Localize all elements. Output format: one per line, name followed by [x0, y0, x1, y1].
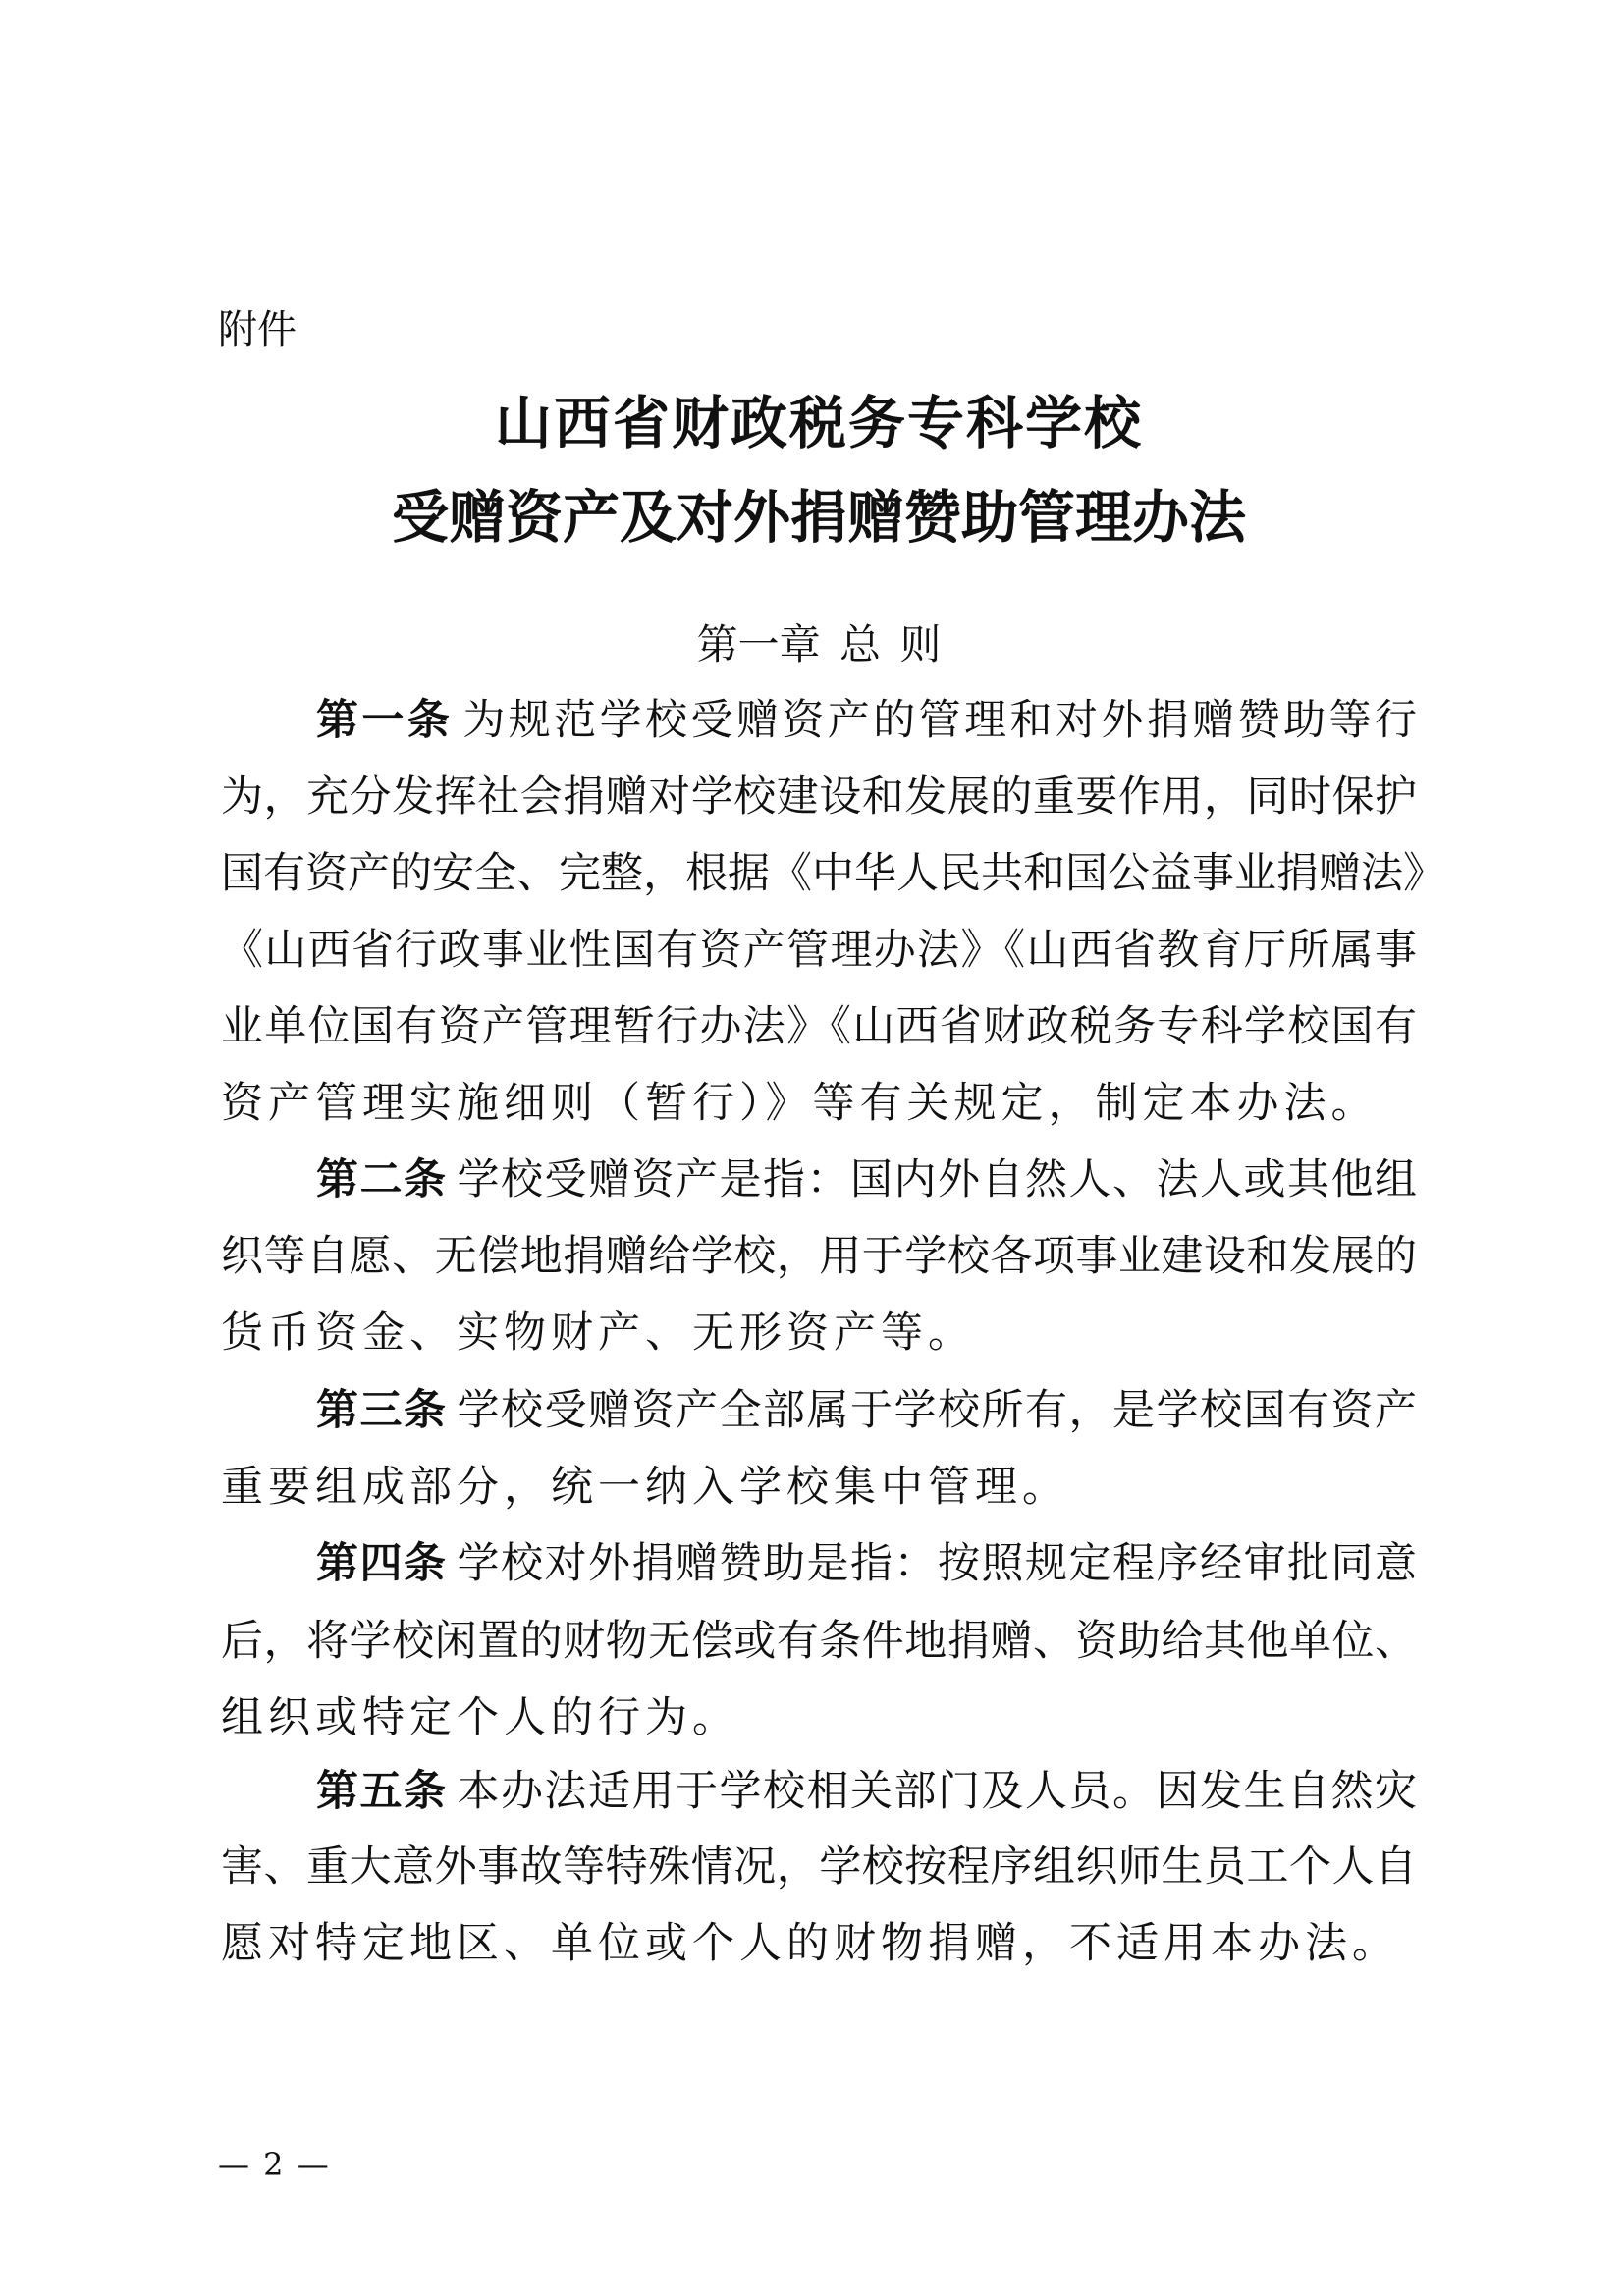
document-title-line-2: 受赠资产及对外捐赠赞助管理办法: [0, 483, 1624, 552]
article-text: 学校受赠资产是指：国内外自然人、法人或其他组: [458, 1155, 1418, 1204]
article-5-line-2: 害、重大意外事故等特殊情况，学校按程序组织师生员工个人自: [221, 1838, 1417, 1896]
article-text: 本办法适用于学校相关部门及人员。因发生自然灾: [458, 1767, 1418, 1816]
article-5-line-1: 第五条本办法适用于学校相关部门及人员。因发生自然灾: [316, 1762, 1417, 1821]
article-1-line-1: 第一条为规范学校受赠资产的管理和对外捐赠赞助等行: [316, 691, 1417, 750]
article-2-line-2: 织等自愿、无偿地捐赠给学校，用于学校各项事业建设和发展的: [221, 1227, 1417, 1286]
article-number: 第五条: [316, 1767, 448, 1816]
article-5-line-3: 愿对特定地区、单位或个人的财物捐赠，不适用本办法。: [221, 1914, 1417, 1973]
article-text: 为规范学校受赠资产的管理和对外捐赠赞助等行: [462, 696, 1417, 745]
document-title-line-1: 山西省财政税务专科学校: [0, 389, 1624, 457]
article-1-line-4: 《山西省行政事业性国有资产管理办法》《山西省教育厅所属事: [221, 921, 1417, 980]
page-number: — 2 —: [218, 2145, 331, 2184]
article-1-line-3: 国有资产的安全、完整，根据《中华人民共和国公益事业捐赠法》: [221, 844, 1417, 903]
article-2-line-3: 货币资金、实物财产、无形资产等。: [221, 1304, 1417, 1362]
article-number: 第一条: [316, 696, 453, 745]
article-number: 第四条: [316, 1539, 448, 1588]
attachment-label: 附件: [218, 306, 297, 353]
article-4-line-3: 组织或特定个人的行为。: [221, 1688, 1417, 1747]
article-1-line-2: 为，充分发挥社会捐赠对学校建设和发展的重要作用，同时保护: [221, 768, 1417, 827]
document-page: 附件 山西省财政税务专科学校 受赠资产及对外捐赠赞助管理办法 第一章 总 则 第…: [0, 0, 1624, 2296]
article-3-line-1: 第三条学校受赠资产全部属于学校所有，是学校国有资产: [316, 1381, 1417, 1440]
article-3-line-2: 重要组成部分，统一纳入学校集中管理。: [221, 1458, 1417, 1517]
article-2-line-1: 第二条学校受赠资产是指：国内外自然人、法人或其他组: [316, 1150, 1417, 1209]
article-number: 第三条: [316, 1386, 448, 1435]
article-text: 学校对外捐赠赞助是指：按照规定程序经审批同意: [458, 1539, 1418, 1588]
article-1-line-5: 业单位国有资产管理暂行办法》《山西省财政税务专科学校国有: [221, 997, 1417, 1056]
article-number: 第二条: [316, 1155, 448, 1204]
article-1-line-6: 资产管理实施细则（暂行）》等有关规定，制定本办法。: [221, 1074, 1417, 1133]
article-4-line-2: 后，将学校闲置的财物无偿或有条件地捐赠、资助给其他单位、: [221, 1612, 1417, 1671]
chapter-heading: 第一章 总 则: [0, 620, 1624, 669]
article-text: 学校受赠资产全部属于学校所有，是学校国有资产: [458, 1386, 1418, 1435]
article-4-line-1: 第四条学校对外捐赠赞助是指：按照规定程序经审批同意: [316, 1534, 1417, 1593]
